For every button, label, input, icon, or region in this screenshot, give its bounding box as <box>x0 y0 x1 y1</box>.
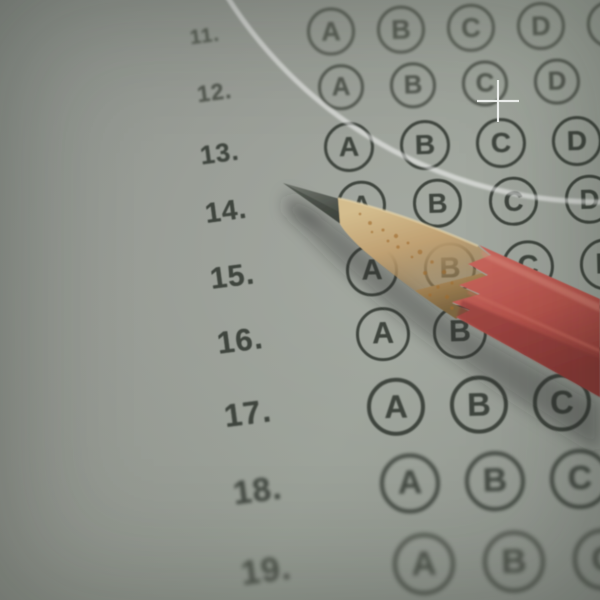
answer-row-19: 19. A B C <box>0 528 600 600</box>
bubble-group: A B C <box>366 373 591 437</box>
bubble-option-d: D <box>564 174 600 224</box>
bubble-option-a: A <box>336 180 386 230</box>
answer-row-15: 15. A B C D <box>0 238 600 306</box>
bubble-option-a: A <box>306 7 355 56</box>
bubble-group: A B C D <box>355 300 600 361</box>
bubble-option-b: B <box>464 450 526 512</box>
bubble-option-a: A <box>345 244 398 297</box>
question-number: 11. <box>189 24 221 51</box>
answer-row-13: 13. A B C D <box>0 115 600 181</box>
bubble-option-c: C <box>475 117 526 168</box>
question-number: 17. <box>222 392 274 435</box>
bubble-option-a: A <box>366 377 425 436</box>
bubble-group: A B C D <box>336 174 600 230</box>
answer-row-18: 18. A B C <box>0 448 600 524</box>
bubble-group: A B C D <box>323 115 600 172</box>
bubble-option-c: C <box>446 3 495 52</box>
bubble-option-b: B <box>423 242 476 295</box>
answer-row-14: 14. A B C D <box>0 174 600 239</box>
bubble-option-c: C <box>501 240 554 293</box>
bubble-option-a: A <box>323 121 374 172</box>
bubble-option-b: B <box>482 530 546 594</box>
answer-row-11: 11. A B C D E <box>0 0 600 64</box>
bubble-group: A B C D <box>317 58 580 111</box>
bubble-option-a: A <box>317 64 364 111</box>
question-number: 19. <box>239 549 294 594</box>
question-number: 12. <box>195 77 233 108</box>
bubble-option-b: B <box>412 178 462 228</box>
answer-row-16: 16. A B C D <box>0 301 600 371</box>
bubble-option-e: E <box>586 0 600 49</box>
bubble-option-d: D <box>533 58 580 105</box>
bubble-option-d: D <box>586 300 600 355</box>
bubble-group: A B C <box>392 528 600 596</box>
answer-row-12: 12. A B C D <box>0 57 600 119</box>
bubble-option-d: D <box>551 115 600 166</box>
bubble-option-b: B <box>376 5 425 54</box>
bubble-group: A B C D <box>345 238 600 297</box>
bubble-option-a: A <box>355 306 410 361</box>
question-number: 16. <box>215 320 265 362</box>
bubble-option-b: B <box>389 62 436 109</box>
question-number: 13. <box>198 135 241 171</box>
question-number: 18. <box>231 468 284 512</box>
bubble-group: A B C D E <box>306 0 600 56</box>
bubble-option-a: A <box>392 532 456 596</box>
bubble-option-c: C <box>532 373 591 432</box>
bubble-option-a: A <box>379 453 441 515</box>
bubble-group: A B C <box>379 448 600 514</box>
photo-answer-sheet: 11. A B C D E 12. A B C D 13. A B C <box>0 0 600 600</box>
bubble-option-d: D <box>516 1 565 50</box>
question-number: 14. <box>203 193 249 230</box>
bubble-option-c: C <box>461 60 508 107</box>
answer-row-17: 17. A B C <box>0 372 600 446</box>
answer-sheet: 11. A B C D E 12. A B C D 13. A B C <box>0 0 600 600</box>
bubble-option-c: C <box>509 302 564 357</box>
bubble-option-b: B <box>399 119 450 170</box>
bubble-option-c: C <box>572 528 600 592</box>
bubble-option-b: B <box>432 304 487 359</box>
bubble-option-d: D <box>579 238 600 291</box>
question-number: 15. <box>208 257 257 297</box>
bubble-option-b: B <box>449 375 508 434</box>
bubble-option-c: C <box>549 448 600 510</box>
bubble-option-c: C <box>488 176 538 226</box>
